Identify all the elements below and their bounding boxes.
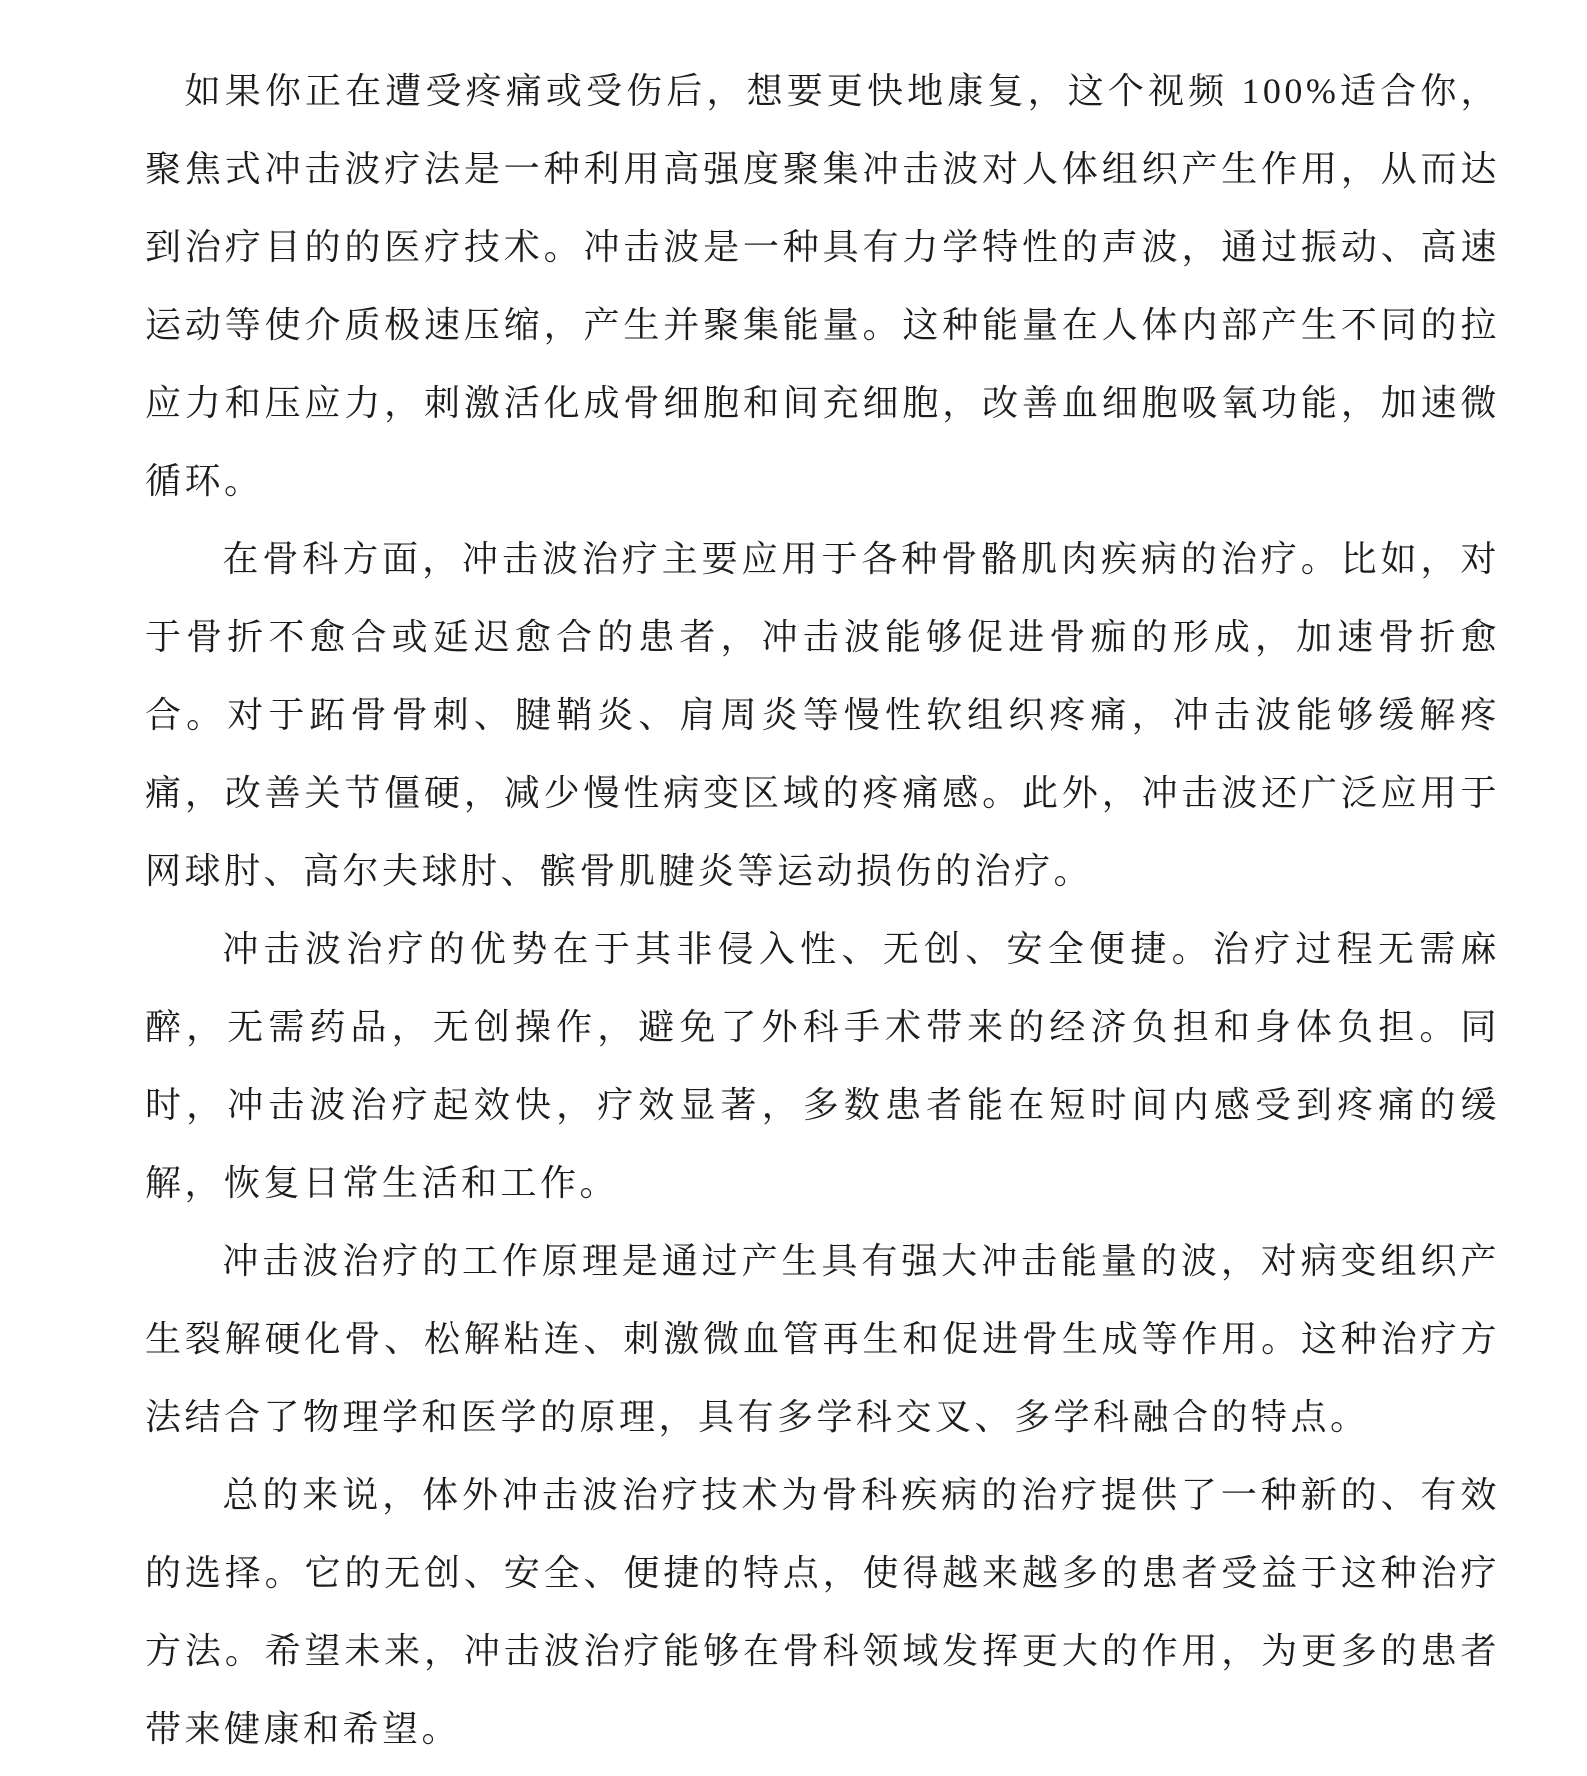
paragraph-intro-shockwave-definition: 如果你正在遭受疼痛或受伤后，想要更快地康复，这个视频 100%适合你，聚焦式冲击… <box>145 52 1500 520</box>
document-page: 如果你正在遭受疼痛或受伤后，想要更快地康复，这个视频 100%适合你，聚焦式冲击… <box>0 0 1587 1776</box>
paragraph-working-principle: 冲击波治疗的工作原理是通过产生具有强大冲击能量的波，对病变组织产生裂解硬化骨、松… <box>145 1222 1500 1456</box>
document-text-body: 如果你正在遭受疼痛或受伤后，想要更快地康复，这个视频 100%适合你，聚焦式冲击… <box>145 52 1500 1768</box>
paragraph-treatment-advantages: 冲击波治疗的优势在于其非侵入性、无创、安全便捷。治疗过程无需麻醉，无需药品，无创… <box>145 910 1500 1222</box>
paragraph-conclusion: 总的来说，体外冲击波治疗技术为骨科疾病的治疗提供了一种新的、有效的选择。它的无创… <box>145 1456 1500 1768</box>
paragraph-orthopedic-applications: 在骨科方面，冲击波治疗主要应用于各种骨骼肌肉疾病的治疗。比如，对于骨折不愈合或延… <box>145 520 1500 910</box>
